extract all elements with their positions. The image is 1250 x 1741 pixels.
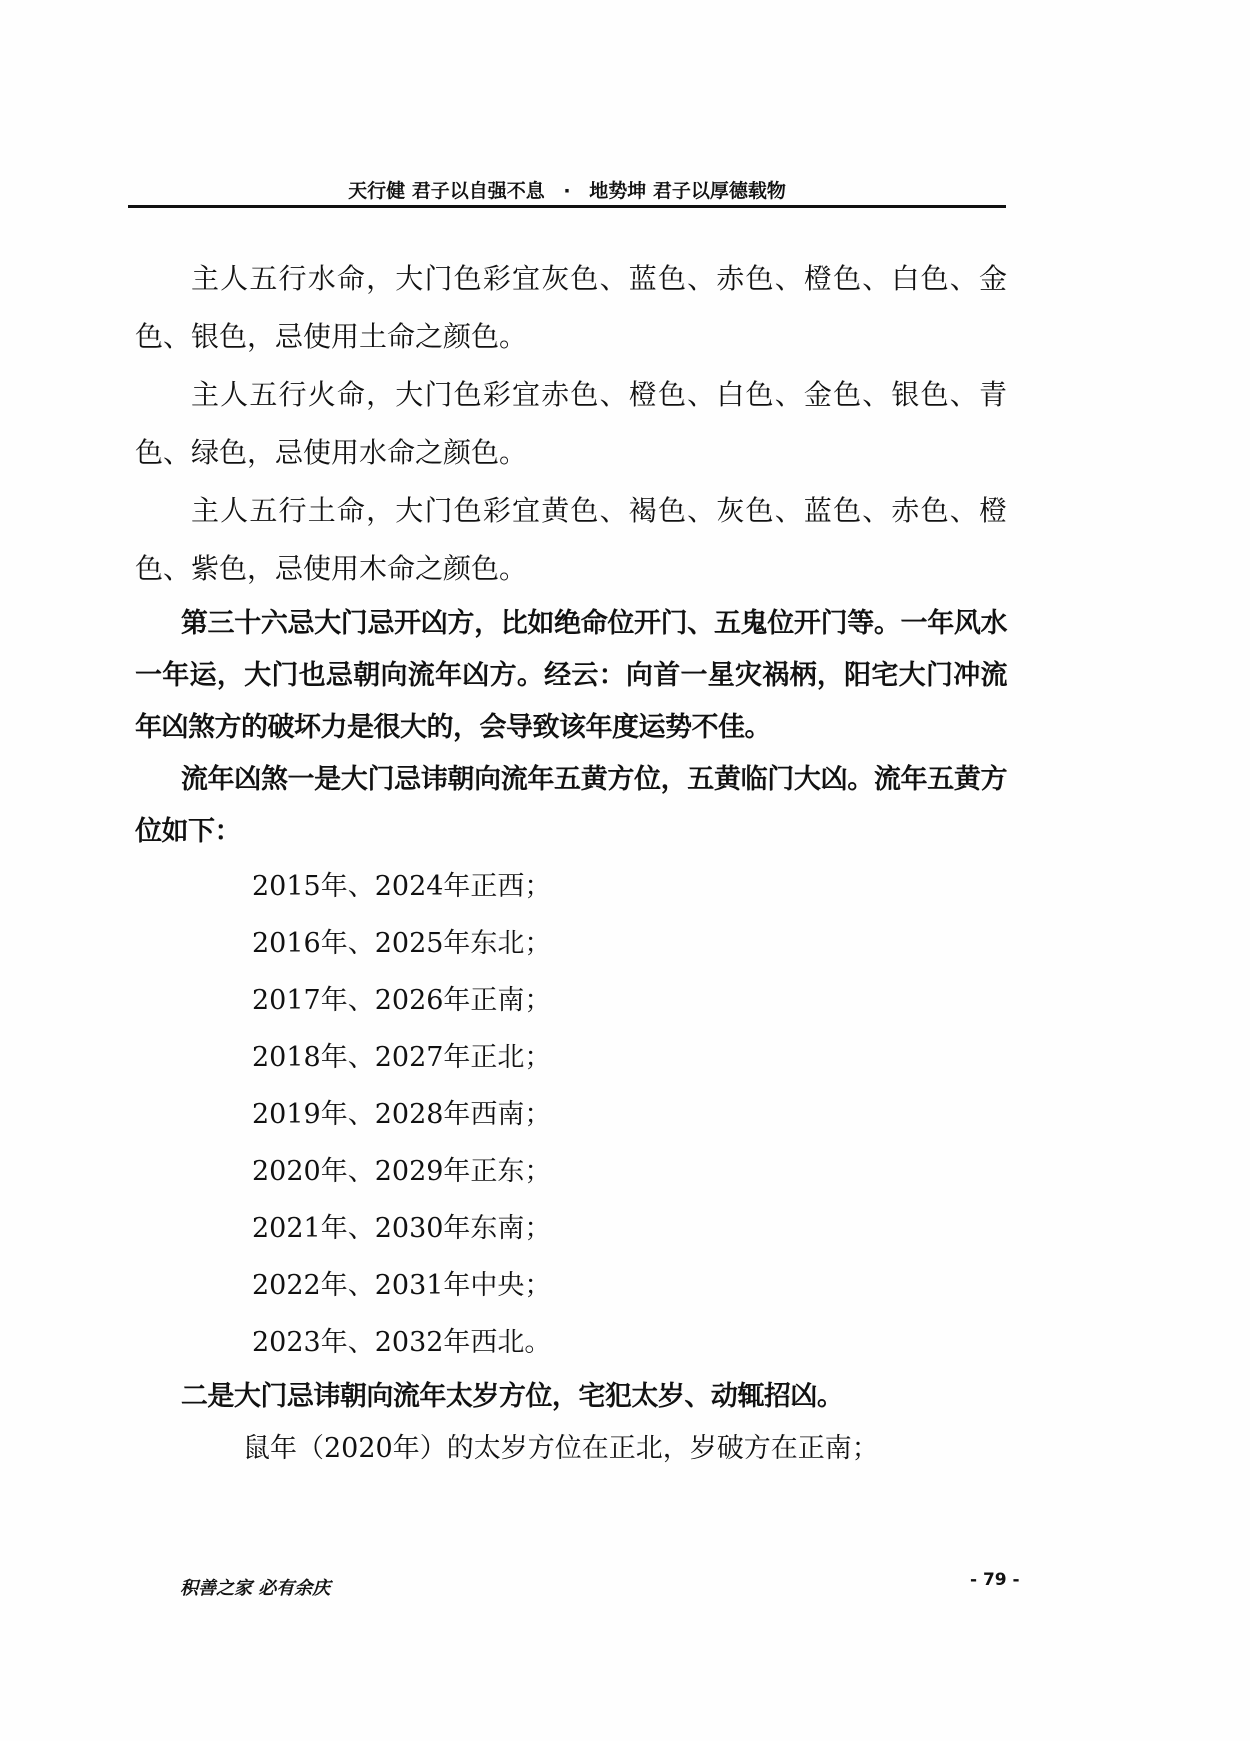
list-item: 2018年、2027年正北；	[135, 1029, 1007, 1086]
paragraph-rat-year: 鼠年（2020年）的太岁方位在正北，岁破方在正南；	[135, 1423, 1007, 1475]
page-number: - 79 -	[970, 1570, 1020, 1590]
list-item: 2019年、2028年西南；	[135, 1086, 1007, 1143]
list-item: 2016年、2025年东北；	[135, 915, 1007, 972]
body-text: 主人五行水命，大门色彩宜灰色、蓝色、赤色、橙色、白色、金色、银色，忌使用土命之颜…	[135, 250, 1007, 1475]
list-item: 2017年、2026年正南；	[135, 972, 1007, 1029]
document-page: 天行健 君子以自强不息 · 地势坤 君子以厚德载物 主人五行水命，大门色彩宜灰色…	[0, 0, 1250, 1741]
paragraph-fire-element: 主人五行火命，大门色彩宜赤色、橙色、白色、金色、银色、青色、绿色，忌使用水命之颜…	[135, 366, 1007, 482]
header-right-motto: 地势坤 君子以厚德载物	[589, 180, 786, 202]
paragraph-taboo-36: 第三十六忌大门忌开凶方，比如绝命位开门、五鬼位开门等。一年风水一年运，大门也忌朝…	[135, 598, 1007, 754]
five-yellow-year-list: 2015年、2024年正西； 2016年、2025年东北； 2017年、2026…	[135, 858, 1007, 1371]
list-item: 2020年、2029年正东；	[135, 1143, 1007, 1200]
paragraph-tai-sui: 二是大门忌讳朝向流年太岁方位，宅犯太岁、动辄招凶。	[135, 1371, 1007, 1423]
list-item: 2021年、2030年东南；	[135, 1200, 1007, 1257]
running-header: 天行健 君子以自强不息 · 地势坤 君子以厚德载物	[128, 176, 1006, 203]
list-item: 2023年、2032年西北。	[135, 1314, 1007, 1371]
header-rule	[128, 205, 1006, 208]
list-item: 2015年、2024年正西；	[135, 858, 1007, 915]
running-footer-motto: 积善之家 必有余庆	[180, 1574, 330, 1600]
header-separator: ·	[563, 180, 570, 202]
paragraph-earth-element: 主人五行土命，大门色彩宜黄色、褐色、灰色、蓝色、赤色、橙色、紫色，忌使用木命之颜…	[135, 482, 1007, 598]
paragraph-five-yellow-intro: 流年凶煞一是大门忌讳朝向流年五黄方位，五黄临门大凶。流年五黄方位如下：	[135, 754, 1007, 858]
paragraph-water-element: 主人五行水命，大门色彩宜灰色、蓝色、赤色、橙色、白色、金色、银色，忌使用土命之颜…	[135, 250, 1007, 366]
list-item: 2022年、2031年中央；	[135, 1257, 1007, 1314]
header-left-motto: 天行健 君子以自强不息	[348, 180, 545, 202]
